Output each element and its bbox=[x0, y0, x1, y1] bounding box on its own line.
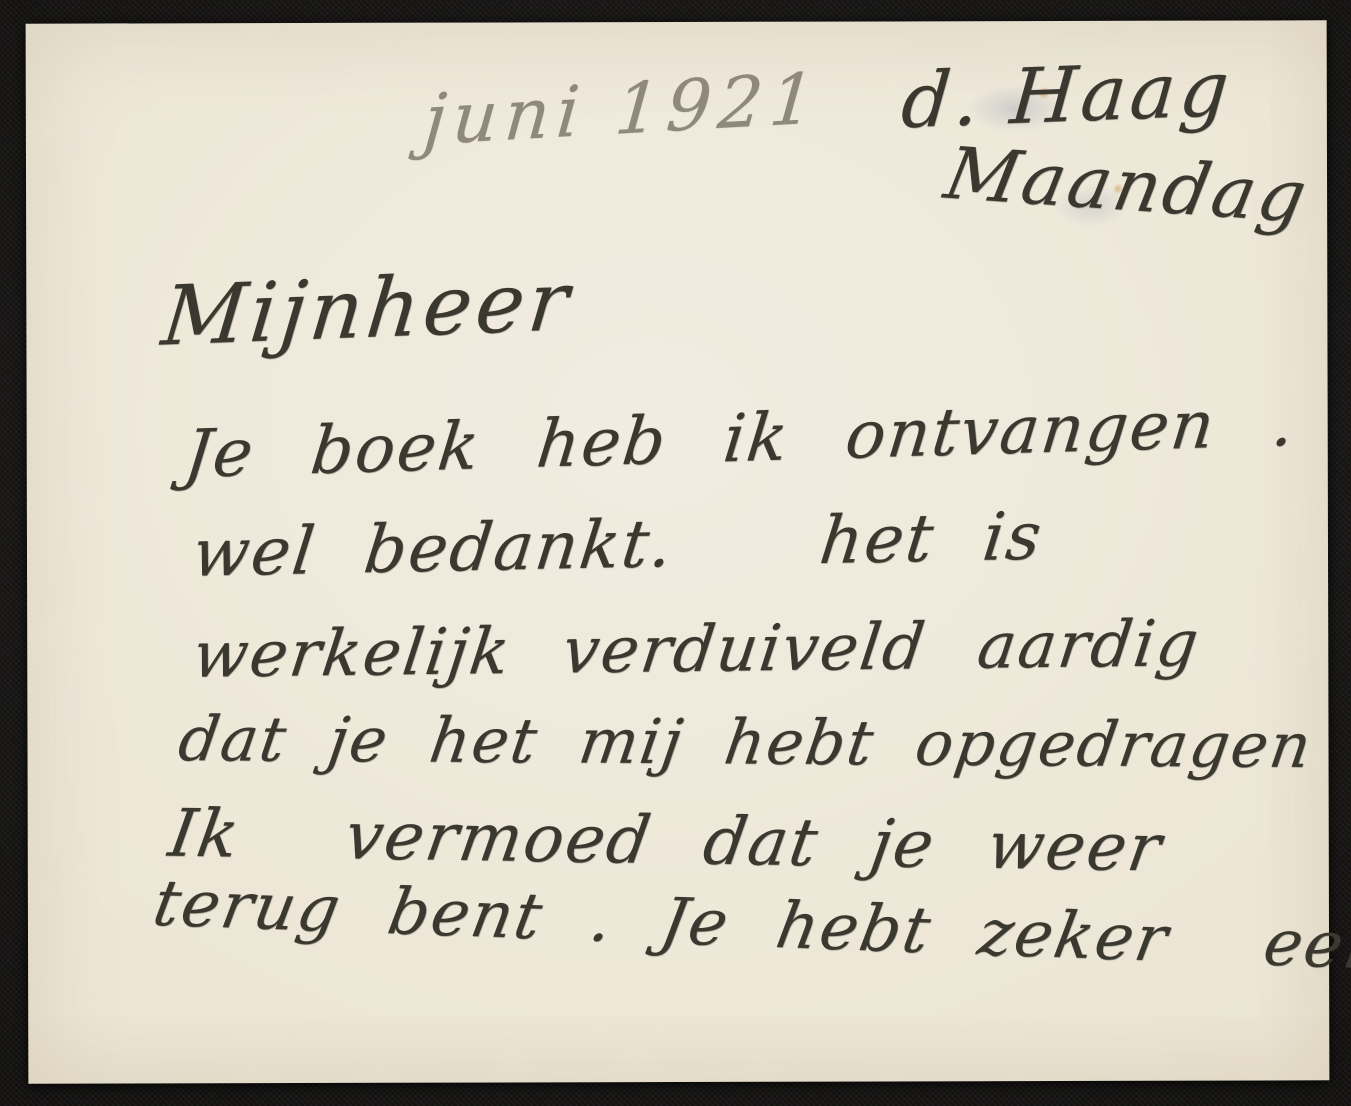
body-line-6: terug bent . Je hebt zeker een bbox=[149, 872, 1351, 980]
place-line: d. Haag bbox=[899, 51, 1236, 140]
dark-fabric-backdrop: juni 1921 d. Haag Maandag Mijnheer Je bo… bbox=[0, 0, 1351, 1106]
salutation: Mijnheer bbox=[158, 261, 576, 359]
body-line-5: Ik vermoed dat je weer bbox=[165, 801, 1167, 882]
body-line-2: wel bedankt. het is bbox=[189, 504, 1046, 587]
letter-card: juni 1921 d. Haag Maandag Mijnheer Je bo… bbox=[26, 20, 1330, 1083]
day-line: Maandag bbox=[940, 137, 1315, 233]
body-line-1: Je boek heb ik ontvangen . bbox=[181, 390, 1299, 488]
body-line-4: dat je het mij hebt opgedragen . bbox=[175, 708, 1351, 777]
pencil-date-annotation: juni 1921 bbox=[421, 63, 824, 155]
body-line-3: werkelijk verduiveld aardig bbox=[189, 612, 1203, 688]
